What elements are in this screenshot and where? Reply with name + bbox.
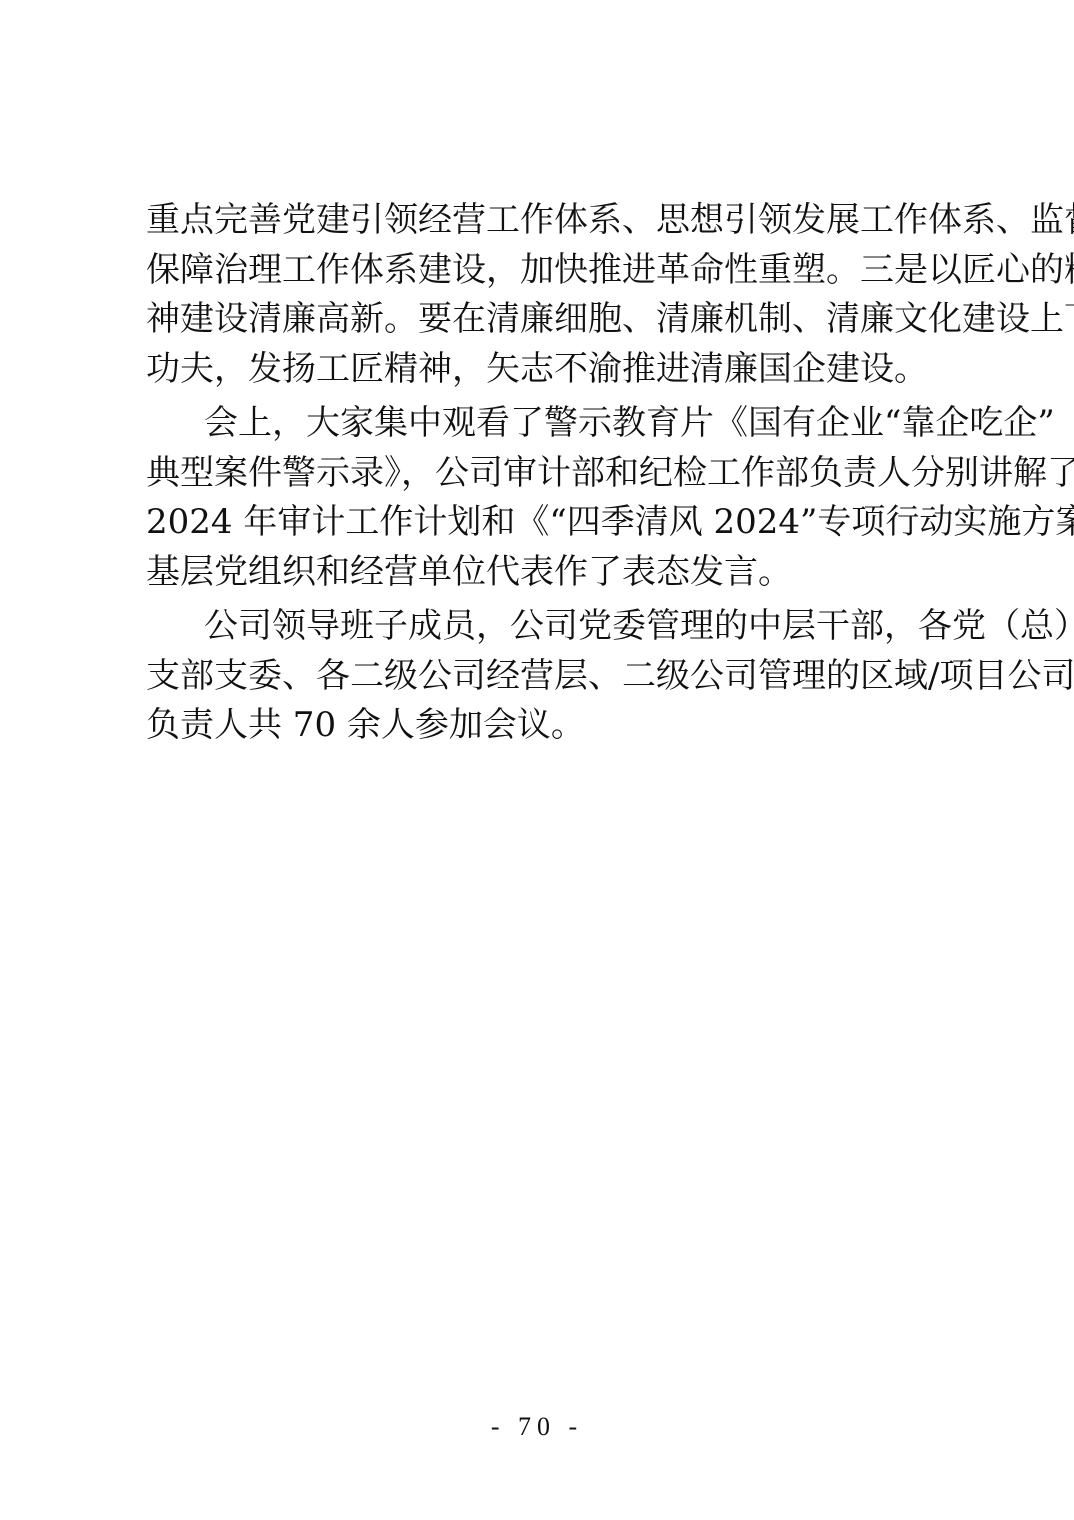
text-line: 2024 年审计工作计划和《“四季清风 2024”专项行动实施方案》， <box>146 498 942 548</box>
paragraph-2: 会上，大家集中观看了警示教育片《国有企业“靠企吃企” 典型案件警示录》，公司审计… <box>146 399 942 597</box>
text-line: 功夫，发扬工匠精神，矢志不渝推进清廉国企建设。 <box>146 345 942 395</box>
page-number: - 70 - <box>0 1412 1074 1442</box>
text-line: 负责人共 70 余人参加会议。 <box>146 701 942 751</box>
document-page: 重点完善党建引领经营工作体系、思想引领发展工作体系、监督 保障治理工作体系建设，… <box>0 0 1074 1520</box>
paragraph-3: 公司领导班子成员，公司党委管理的中层干部，各党（总） 支部支委、各二级公司经营层… <box>146 602 942 751</box>
text-line: 典型案件警示录》，公司审计部和纪检工作部负责人分别讲解了 <box>146 449 942 499</box>
paragraph-1: 重点完善党建引领经营工作体系、思想引领发展工作体系、监督 保障治理工作体系建设，… <box>146 196 942 394</box>
body-text: 重点完善党建引领经营工作体系、思想引领发展工作体系、监督 保障治理工作体系建设，… <box>146 196 942 751</box>
text-line: 公司领导班子成员，公司党委管理的中层干部，各党（总） <box>146 602 942 652</box>
text-line: 神建设清廉高新。要在清廉细胞、清廉机制、清廉文化建设上下 <box>146 295 942 345</box>
text-line: 基层党组织和经营单位代表作了表态发言。 <box>146 548 942 598</box>
text-line: 重点完善党建引领经营工作体系、思想引领发展工作体系、监督 <box>146 196 942 246</box>
text-line: 支部支委、各二级公司经营层、二级公司管理的区域/项目公司 <box>146 652 942 702</box>
text-line: 保障治理工作体系建设，加快推进革命性重塑。三是以匠心的精 <box>146 246 942 296</box>
text-line: 会上，大家集中观看了警示教育片《国有企业“靠企吃企” <box>146 399 942 449</box>
